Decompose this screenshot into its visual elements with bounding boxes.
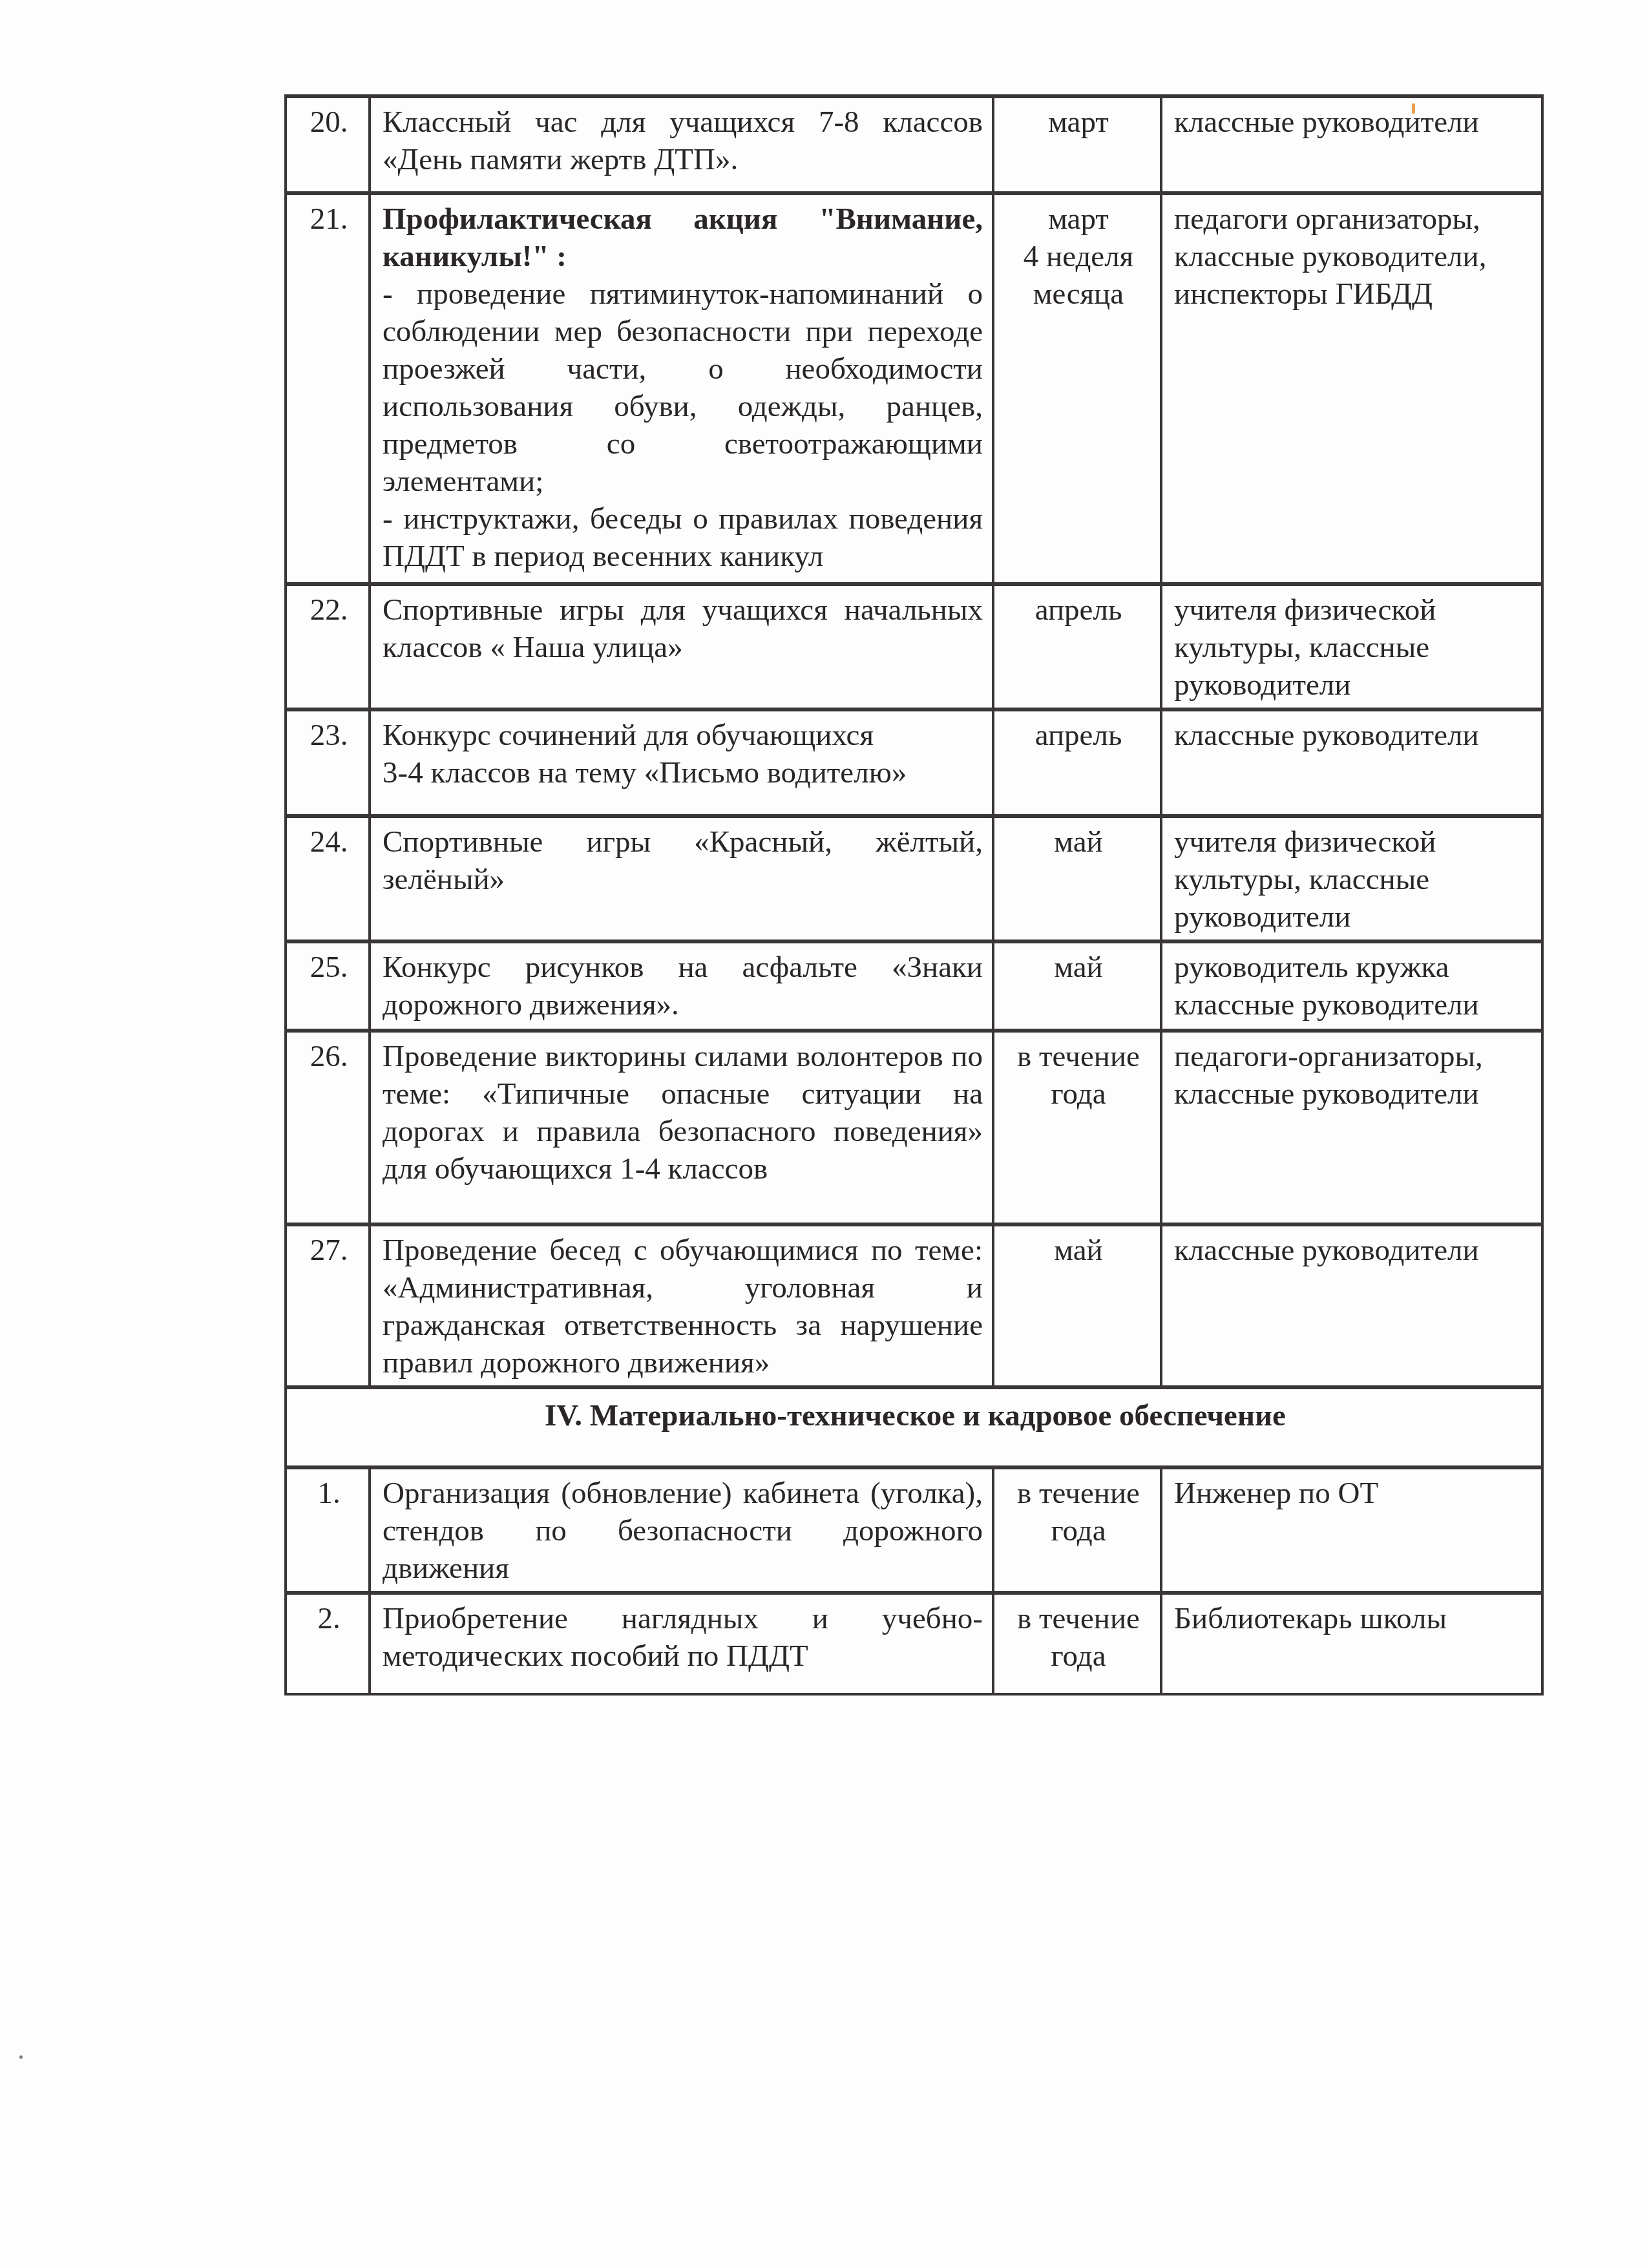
date-line: года [1006,1512,1151,1549]
date-cell: май [993,1224,1161,1387]
date-cell: апрель [993,709,1161,816]
table-row: 2. Приобретение наглядных и учебно-метод… [286,1593,1542,1694]
row-number: 27. [286,1224,370,1387]
date-line: года [1006,1075,1151,1113]
date-line: месяца [1006,275,1151,313]
activity-cell: Профилактическая акция "Внимание, канику… [370,193,993,584]
date-line: 4 неделя [1006,238,1151,275]
date-cell: май [993,816,1161,941]
section-title: IV. Материально-техническое и кадровое о… [286,1387,1542,1467]
scan-artifact-dot [19,2055,23,2059]
table-row: 27. Проведение бесед с обучающимися по т… [286,1224,1542,1387]
responsible-cell: классные руководители [1161,1224,1542,1387]
row-number: 24. [286,816,370,941]
date-line: в течение [1006,1475,1151,1512]
activity-cell: Проведение викторины силами волонтеров п… [370,1031,993,1224]
date-line: март [1006,200,1151,238]
activity-cell: Организация (обновление) кабинета (уголк… [370,1467,993,1593]
date-cell: март 4 неделя месяца [993,193,1161,584]
responsible-cell: педагоги организаторы, классные руководи… [1161,193,1542,584]
responsible-line: классные руководители [1174,986,1532,1024]
activity-line: Конкурс сочинений для обучающихся [383,717,983,754]
table-row: 25. Конкурс рисунков на асфальте «Знаки … [286,941,1542,1031]
activity-title: Профилактическая акция "Внимание, канику… [383,200,983,275]
table-row: 26. Проведение викторины силами волонтер… [286,1031,1542,1224]
table-row: 21. Профилактическая акция "Внимание, ка… [286,193,1542,584]
row-number: 20. [286,96,370,193]
date-cell: в течение года [993,1467,1161,1593]
responsible-cell: учителя физической культуры, классные ру… [1161,584,1542,709]
activity-cell: Спортивные игры «Красный, жёлтый, зелёны… [370,816,993,941]
responsible-cell: Инженер по ОТ [1161,1467,1542,1593]
row-number: 21. [286,193,370,584]
date-line: в течение [1006,1038,1151,1075]
row-number: 26. [286,1031,370,1224]
activity-item: - проведение пятиминуток-напоминаний о с… [383,275,983,500]
table-row: 20. Классный час для учащихся 7-8 классо… [286,96,1542,193]
date-cell: март [993,96,1161,193]
responsible-cell: классные руководители [1161,96,1542,193]
responsible-line: руководитель кружка [1174,949,1532,986]
row-number: 1. [286,1467,370,1593]
date-cell: в течение года [993,1593,1161,1694]
activity-cell: Проведение бесед с обучающимися по теме:… [370,1224,993,1387]
table-row: 24. Спортивные игры «Красный, жёлтый, зе… [286,816,1542,941]
date-line: года [1006,1637,1151,1675]
responsible-cell: руководитель кружка классные руководител… [1161,941,1542,1031]
activity-cell: Конкурс рисунков на асфальте «Знаки доро… [370,941,993,1031]
table-row: 1. Организация (обновление) кабинета (уг… [286,1467,1542,1593]
responsible-cell: педагоги-организаторы, классные руководи… [1161,1031,1542,1224]
row-number: 2. [286,1593,370,1694]
activity-cell: Приобретение наглядных и учебно-методиче… [370,1593,993,1694]
table-row: 22. Спортивные игры для учащихся начальн… [286,584,1542,709]
date-line: в течение [1006,1600,1151,1637]
table-row: 23. Конкурс сочинений для обучающихся 3-… [286,709,1542,816]
activity-line: 3-4 классов на тему «Письмо водителю» [383,754,983,792]
date-cell: апрель [993,584,1161,709]
section-header-row: IV. Материально-техническое и кадровое о… [286,1387,1542,1467]
row-number: 22. [286,584,370,709]
activity-plan-table: 20. Классный час для учащихся 7-8 классо… [284,94,1544,1696]
responsible-cell: учителя физической культуры, классные ру… [1161,816,1542,941]
row-number: 23. [286,709,370,816]
date-cell: май [993,941,1161,1031]
activity-cell: Конкурс сочинений для обучающихся 3-4 кл… [370,709,993,816]
responsible-cell: классные руководители [1161,709,1542,816]
responsible-cell: Библиотекарь школы [1161,1593,1542,1694]
row-number: 25. [286,941,370,1031]
activity-cell: Спортивные игры для учащихся начальных к… [370,584,993,709]
document-page: 20. Классный час для учащихся 7-8 классо… [0,0,1649,2268]
activity-item: - инструктажи, беседы о правилах поведен… [383,500,983,575]
date-cell: в течение года [993,1031,1161,1224]
activity-cell: Классный час для учащихся 7-8 классов «Д… [370,96,993,193]
